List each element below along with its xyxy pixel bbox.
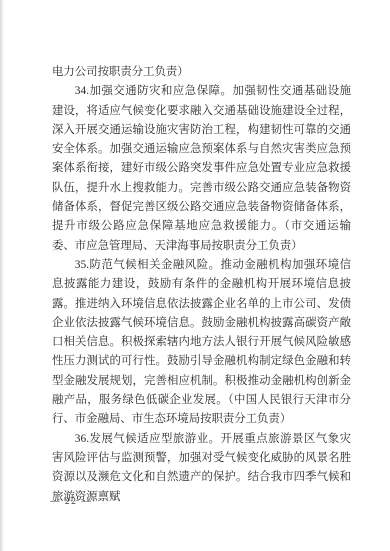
scan-edge-artifact — [0, 0, 4, 551]
paragraph-continuation: 电力公司按职责分工负责） — [52, 63, 351, 82]
paragraph-item-35: 35.防范气候相关金融风险。推动金融机构加强环境信息披露能力建设，鼓励有条件的金… — [52, 256, 351, 430]
page-number: — 22 — — [50, 497, 92, 507]
paragraph-item-34: 34.加强交通防灾和应急保障。加强韧性交通基础设施建设，将适应气候变化要求融入交… — [52, 82, 351, 256]
paragraph-item-36: 36.发展气候适应型旅游业。开展重点旅游景区气象灾害风险评估与监测预警，加强对受… — [52, 430, 351, 507]
document-body: 电力公司按职责分工负责） 34.加强交通防灾和应急保障。加强韧性交通基础设施建设… — [52, 63, 351, 507]
document-page: 电力公司按职责分工负责） 34.加强交通防灾和应急保障。加强韧性交通基础设施建设… — [0, 0, 390, 551]
